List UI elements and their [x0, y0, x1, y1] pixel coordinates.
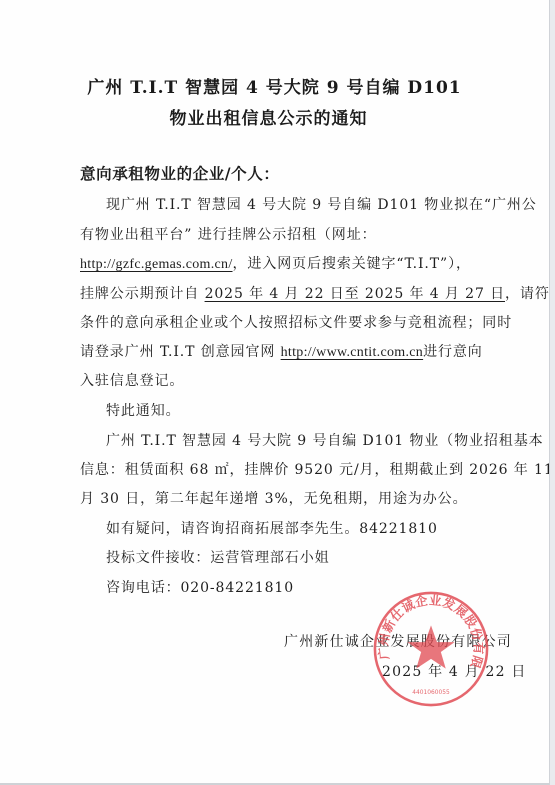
cntit-link[interactable]: http://www.cntit.com.cn [281, 345, 423, 360]
period-prefix: 挂牌公示期预计自 [80, 286, 199, 302]
signature-company: 广州新仕诚企业发展股份有限公司 [284, 631, 512, 651]
para1-line6: 请登录广州 T.I.T 创意园官网 http://www.cntit.com.c… [80, 341, 483, 361]
signature-date: 2025 年 4 月 22 日 [382, 661, 527, 681]
salutation: 意向承租物业的企业/个人： [80, 162, 279, 184]
website-prefix: 请登录广州 T.I.T 创意园官网 [80, 344, 275, 360]
para2-line3: 月 30 日，第二年起年递增 3%，无免租期，用途为办公。 [80, 488, 467, 508]
document-title-line-1: 广州 T.I.T 智慧园 4 号大院 9 号自编 D101 [0, 73, 549, 98]
para1-line3-rest: ，进入网页后搜索关键字“T.I.T”）， [233, 256, 471, 272]
listing-period: 2025 年 4 月 22 日至 2025 年 4 月 27 日 [205, 286, 505, 302]
period-suffix: ，请符合 [505, 286, 555, 302]
website-suffix: 进行意向 [423, 344, 483, 360]
document-title-line-2: 物业出租信息公示的通知 [0, 104, 543, 129]
para1-line7: 入驻信息登记。 [80, 370, 184, 390]
bid-receipt-contact: 投标文件接收：运营管理部石小姐 [106, 547, 330, 567]
phone-contact: 咨询电话：020-84221810 [106, 577, 294, 597]
inquiry-contact: 如有疑问，请咨询招商拓展部李先生。84221810 [106, 518, 438, 538]
para1-line2: 有物业出租平台” 进行挂牌公示招租（网址： [80, 224, 377, 244]
document-page: 广州 T.I.T 智慧园 4 号大院 9 号自编 D101 物业出租信息公示的通… [0, 0, 550, 785]
para1-line5: 条件的意向承租企业或个人按照招标文件要求参与竞租流程；同时 [80, 312, 512, 332]
svg-text:4401060055: 4401060055 [412, 690, 450, 696]
para1-line1: 现广州 T.I.T 智慧园 4 号大院 9 号自编 D101 物业拟在“广州公 [106, 194, 537, 214]
para2-line2: 信息：租赁面积 68 ㎡，挂牌价 9520 元/月，租期截止到 2026 年 1… [80, 459, 554, 479]
gzfc-link[interactable]: http://gzfc.gemas.com.cn/ [80, 257, 233, 272]
scrollbar-track[interactable] [549, 0, 555, 785]
para1-line3: http://gzfc.gemas.com.cn/，进入网页后搜索关键字“T.I… [80, 253, 471, 273]
para2-line1: 广州 T.I.T 智慧园 4 号大院 9 号自编 D101 物业（物业招租基本 [106, 430, 544, 450]
para1-line4: 挂牌公示期预计自 2025 年 4 月 22 日至 2025 年 4 月 27 … [80, 283, 555, 303]
notice-text: 特此通知。 [106, 400, 181, 420]
